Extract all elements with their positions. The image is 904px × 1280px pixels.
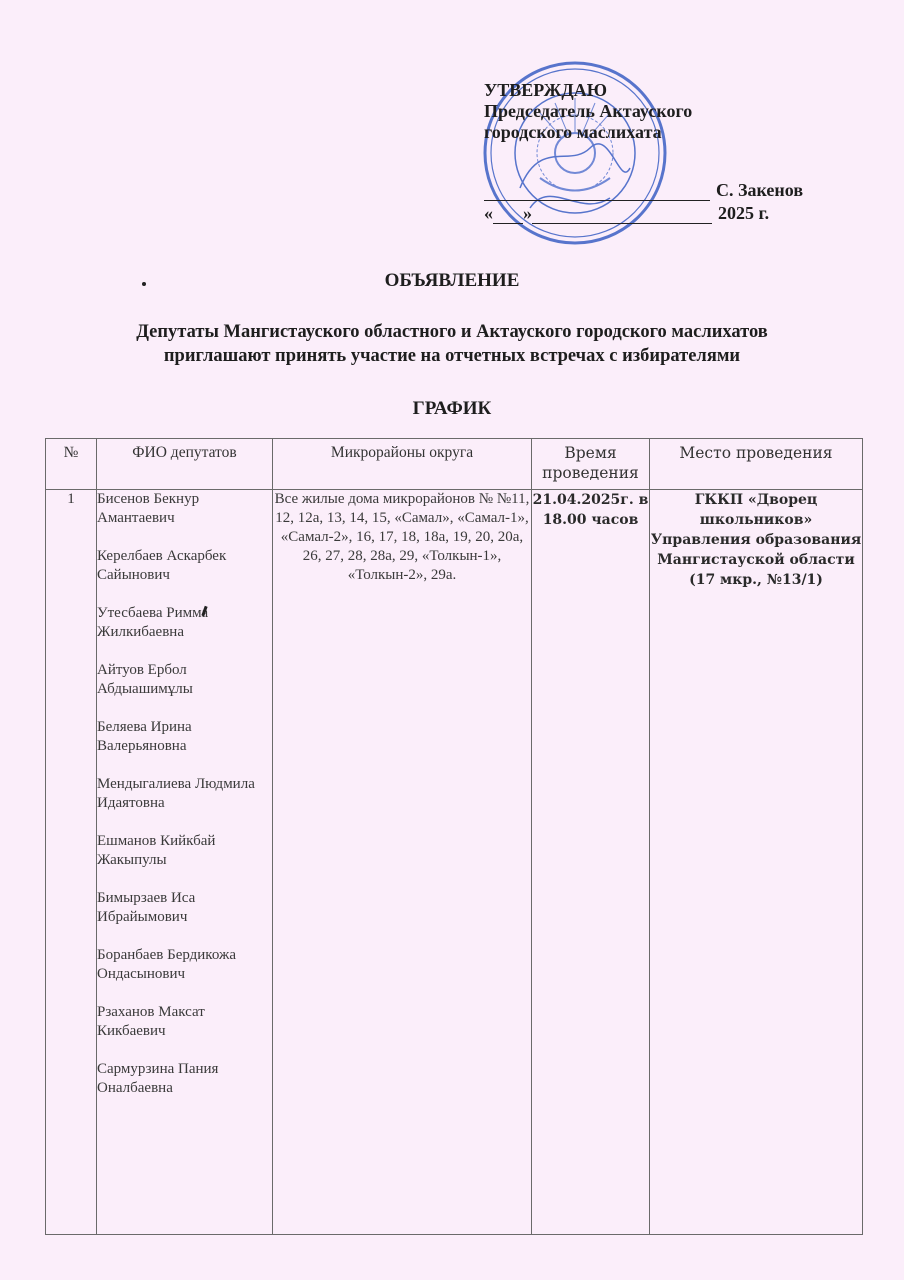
row-number: 1 [46,490,97,1235]
table-header-row: № ФИО депутатов Микрорайоны округа Время… [46,439,863,490]
deputies-cell: Бисенов Бекнур Амантаевич Керелбаев Аска… [97,490,273,1235]
announcement-title: ОБЪЯВЛЕНИЕ [0,270,904,292]
deputy-name: Рзаханов Максат Кикбаевич [97,1003,272,1041]
header-deputies: ФИО депутатов [97,439,273,490]
deputy-name: Боранбаев Бердикожа Ондасынович [97,946,272,984]
schedule-table: № ФИО депутатов Микрорайоны округа Время… [45,438,863,1235]
deputy-name: Айтуов Ербол Абдыашимұлы [97,661,272,699]
date-open-quote: « [484,203,493,223]
place-cell: ГККП «Дворец школьников» Управления обра… [650,490,863,1235]
announcement-subtitle: Депутаты Мангистауского областного и Акт… [0,320,904,368]
signature-line [484,182,710,201]
approve-label: УТВЕРЖДАЮ [484,80,884,101]
approval-year: 2025 г. [718,203,769,223]
subtitle-line-2: приглашают принять участие на отчетных в… [0,344,904,368]
deputy-name: Утесбаева Римма Жилкибаевна [97,604,272,642]
deputy-name: Сармурзина Пания Оналбаевна [97,1060,272,1098]
day-line [493,205,523,224]
deputy-name: Бисенов Бекнур Амантаевич [97,490,272,528]
deputy-name: Мендыгалиева Людмила Идаятовна [97,775,272,813]
approver-position: Председатель Актауского [484,101,884,122]
subtitle-line-1: Депутаты Мангистауского областного и Акт… [0,320,904,344]
deputy-name: Бимырзаев Иса Ибрайымович [97,889,272,927]
header-districts: Микрорайоны округа [273,439,532,490]
month-line [532,205,712,224]
deputy-name: Беляева Ирина Валерьяновна [97,718,272,756]
deputy-name: Керелбаев Аскарбек Сайынович [97,547,272,585]
approval-block: УТВЕРЖДАЮ Председатель Актауского городс… [484,80,884,143]
approver-position-cont: городского маслихата [484,122,884,143]
deputy-name: Ешманов Кийкбай Жакыпулы [97,832,272,870]
districts-cell: Все жилые дома микрорайонов № №11, 12, 1… [273,490,532,1235]
table-row: 1 Бисенов Бекнур Амантаевич Керелбаев Ас… [46,490,863,1235]
date-close-quote: » [523,203,532,223]
signatory-name: С. Закенов [716,180,803,200]
time-cell: 21.04.2025г. в 18.00 часов [532,490,650,1235]
header-time: Время проведения [532,439,650,490]
document-page: УТВЕРЖДАЮ Председатель Актауского городс… [0,0,904,1280]
date-row: «»2025 г. [484,203,824,224]
header-number: № [46,439,97,490]
schedule-title: ГРАФИК [0,398,904,420]
signature-row: С. Закенов [484,180,824,201]
header-place: Место проведения [650,439,863,490]
